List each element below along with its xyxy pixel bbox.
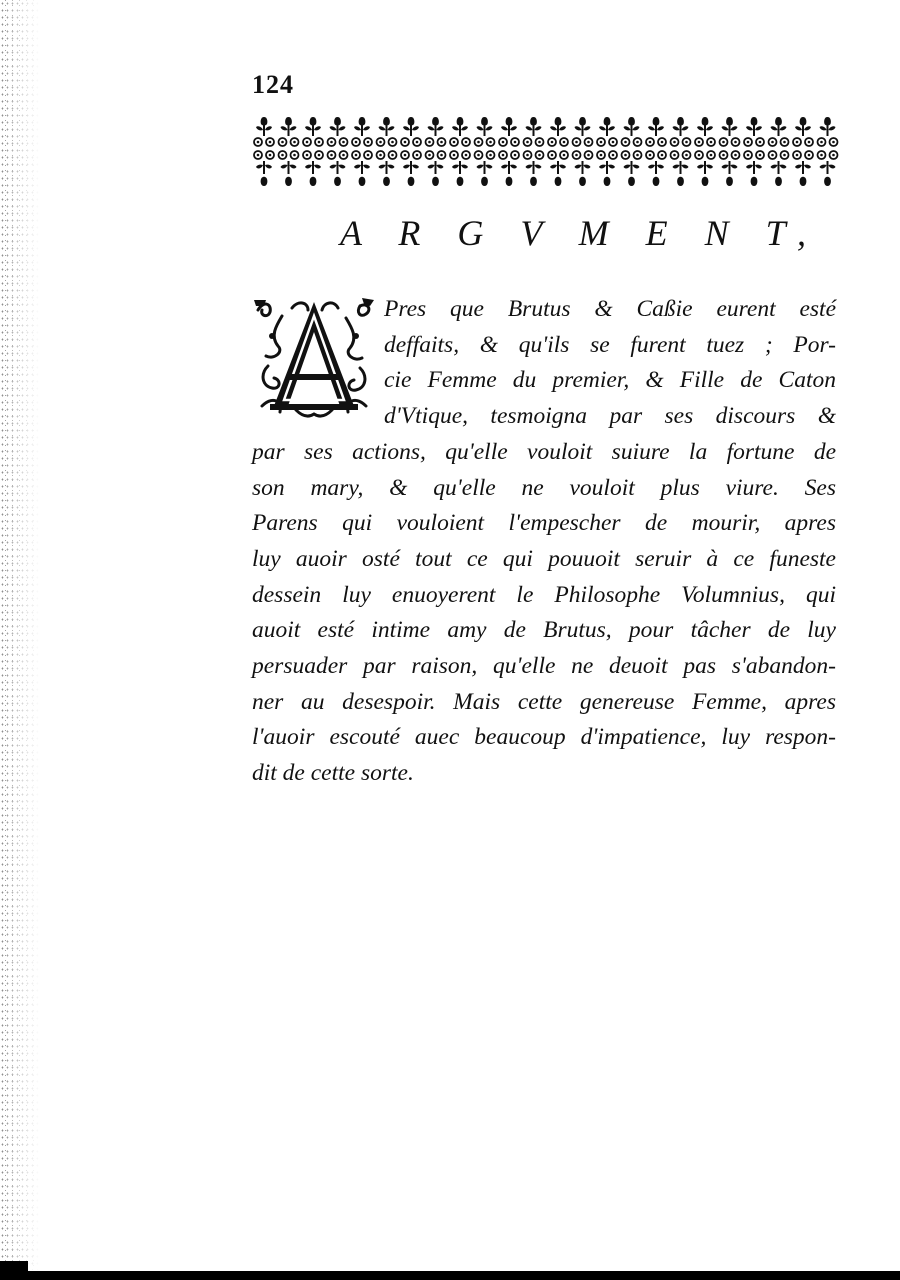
text-line: par ses actions, qu'elle vouloit suiure … <box>252 435 836 471</box>
drop-cap-letter: A <box>252 296 376 422</box>
text-line: luy auoir osté tout ce qui pouuoit serui… <box>252 542 836 578</box>
section-heading: A R G V M E N T, <box>340 212 760 254</box>
text-line: dessein luy enuoyerent le Philosophe Vol… <box>252 578 836 614</box>
text-line: auoit esté intime amy de Brutus, pour tâ… <box>252 613 836 649</box>
text-line: persuader par raison, qu'elle ne deuoit … <box>252 649 836 685</box>
drop-cap-initial: A <box>252 296 376 422</box>
text-line: l'auoir escouté auec beaucoup d'impatien… <box>252 720 836 756</box>
scan-edge-noise <box>0 0 40 1270</box>
text-line: dit de cette sorte. <box>252 756 836 792</box>
scan-corner-shadow <box>0 1261 28 1271</box>
fleuron-ornament-band <box>252 115 840 190</box>
text-line: ner au desespoir. Mais cette genereuse F… <box>252 685 836 721</box>
scan-bottom-border <box>0 1271 900 1280</box>
page-number: 124 <box>252 70 294 100</box>
text-line: Parens qui vouloient l'empescher de mour… <box>252 506 836 542</box>
argument-paragraph: A Pres que Brutus & Caßie eurent esté de… <box>252 292 836 792</box>
text-line: son mary, & qu'elle ne vouloit plus viur… <box>252 471 836 507</box>
